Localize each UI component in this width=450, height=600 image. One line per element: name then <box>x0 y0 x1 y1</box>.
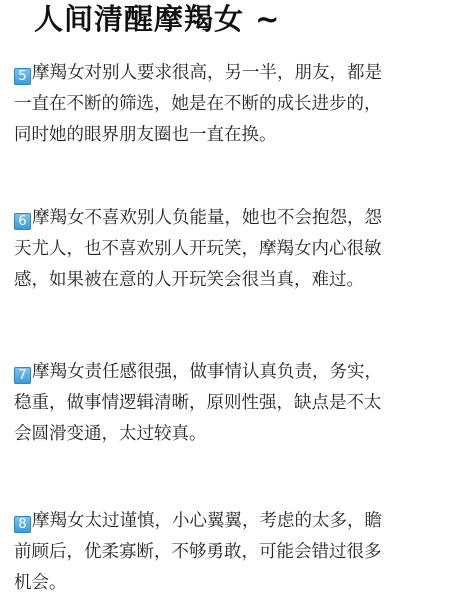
number-7-icon: 7 <box>14 367 31 384</box>
text-line: 会圆滑变通，太过较真。 <box>14 419 434 450</box>
number-5-icon: 5 <box>14 68 31 85</box>
section-8: 8摩羯女太过谨慎，小心翼翼，考虑的太多，瞻 前顾后，优柔寡断，不够勇敢，可能会错… <box>14 506 434 599</box>
number-8-icon: 8 <box>14 516 31 533</box>
text-line: 同时她的眼界朋友圈也一直在换。 <box>14 120 434 151</box>
page-title: 人间清醒摩羯女 ~ <box>34 1 280 37</box>
text-line: 6摩羯女不喜欢别人负能量，她也不会抱怨，怨 <box>14 203 434 234</box>
section-6: 6摩羯女不喜欢别人负能量，她也不会抱怨，怨 天尤人，也不喜欢别人开玩笑，摩羯女内… <box>14 203 434 296</box>
text-line: 感，如果被在意的人开玩笑会很当真，难过。 <box>14 265 434 296</box>
text-line: 前顾后，优柔寡断，不够勇敢，可能会错过很多 <box>14 537 434 568</box>
section-7: 7摩羯女责任感很强，做事情认真负责，务实， 稳重，做事情逻辑清晰，原则性强，缺点… <box>14 357 434 450</box>
section-5: 5摩羯女对别人要求很高，另一半，朋友，都是 一直在不断的筛选，她是在不断的成长进… <box>14 58 434 151</box>
text-line: 8摩羯女太过谨慎，小心翼翼，考虑的太多，瞻 <box>14 506 434 537</box>
text-line: 7摩羯女责任感很强，做事情认真负责，务实， <box>14 357 434 388</box>
text-line: 一直在不断的筛选，她是在不断的成长进步的， <box>14 89 434 120</box>
text-line: 机会。 <box>14 568 434 599</box>
text-line: 稳重，做事情逻辑清晰，原则性强，缺点是不太 <box>14 388 434 419</box>
number-6-icon: 6 <box>14 213 31 230</box>
text-line: 5摩羯女对别人要求很高，另一半，朋友，都是 <box>14 58 434 89</box>
text-line: 天尤人，也不喜欢别人开玩笑，摩羯女内心很敏 <box>14 234 434 265</box>
